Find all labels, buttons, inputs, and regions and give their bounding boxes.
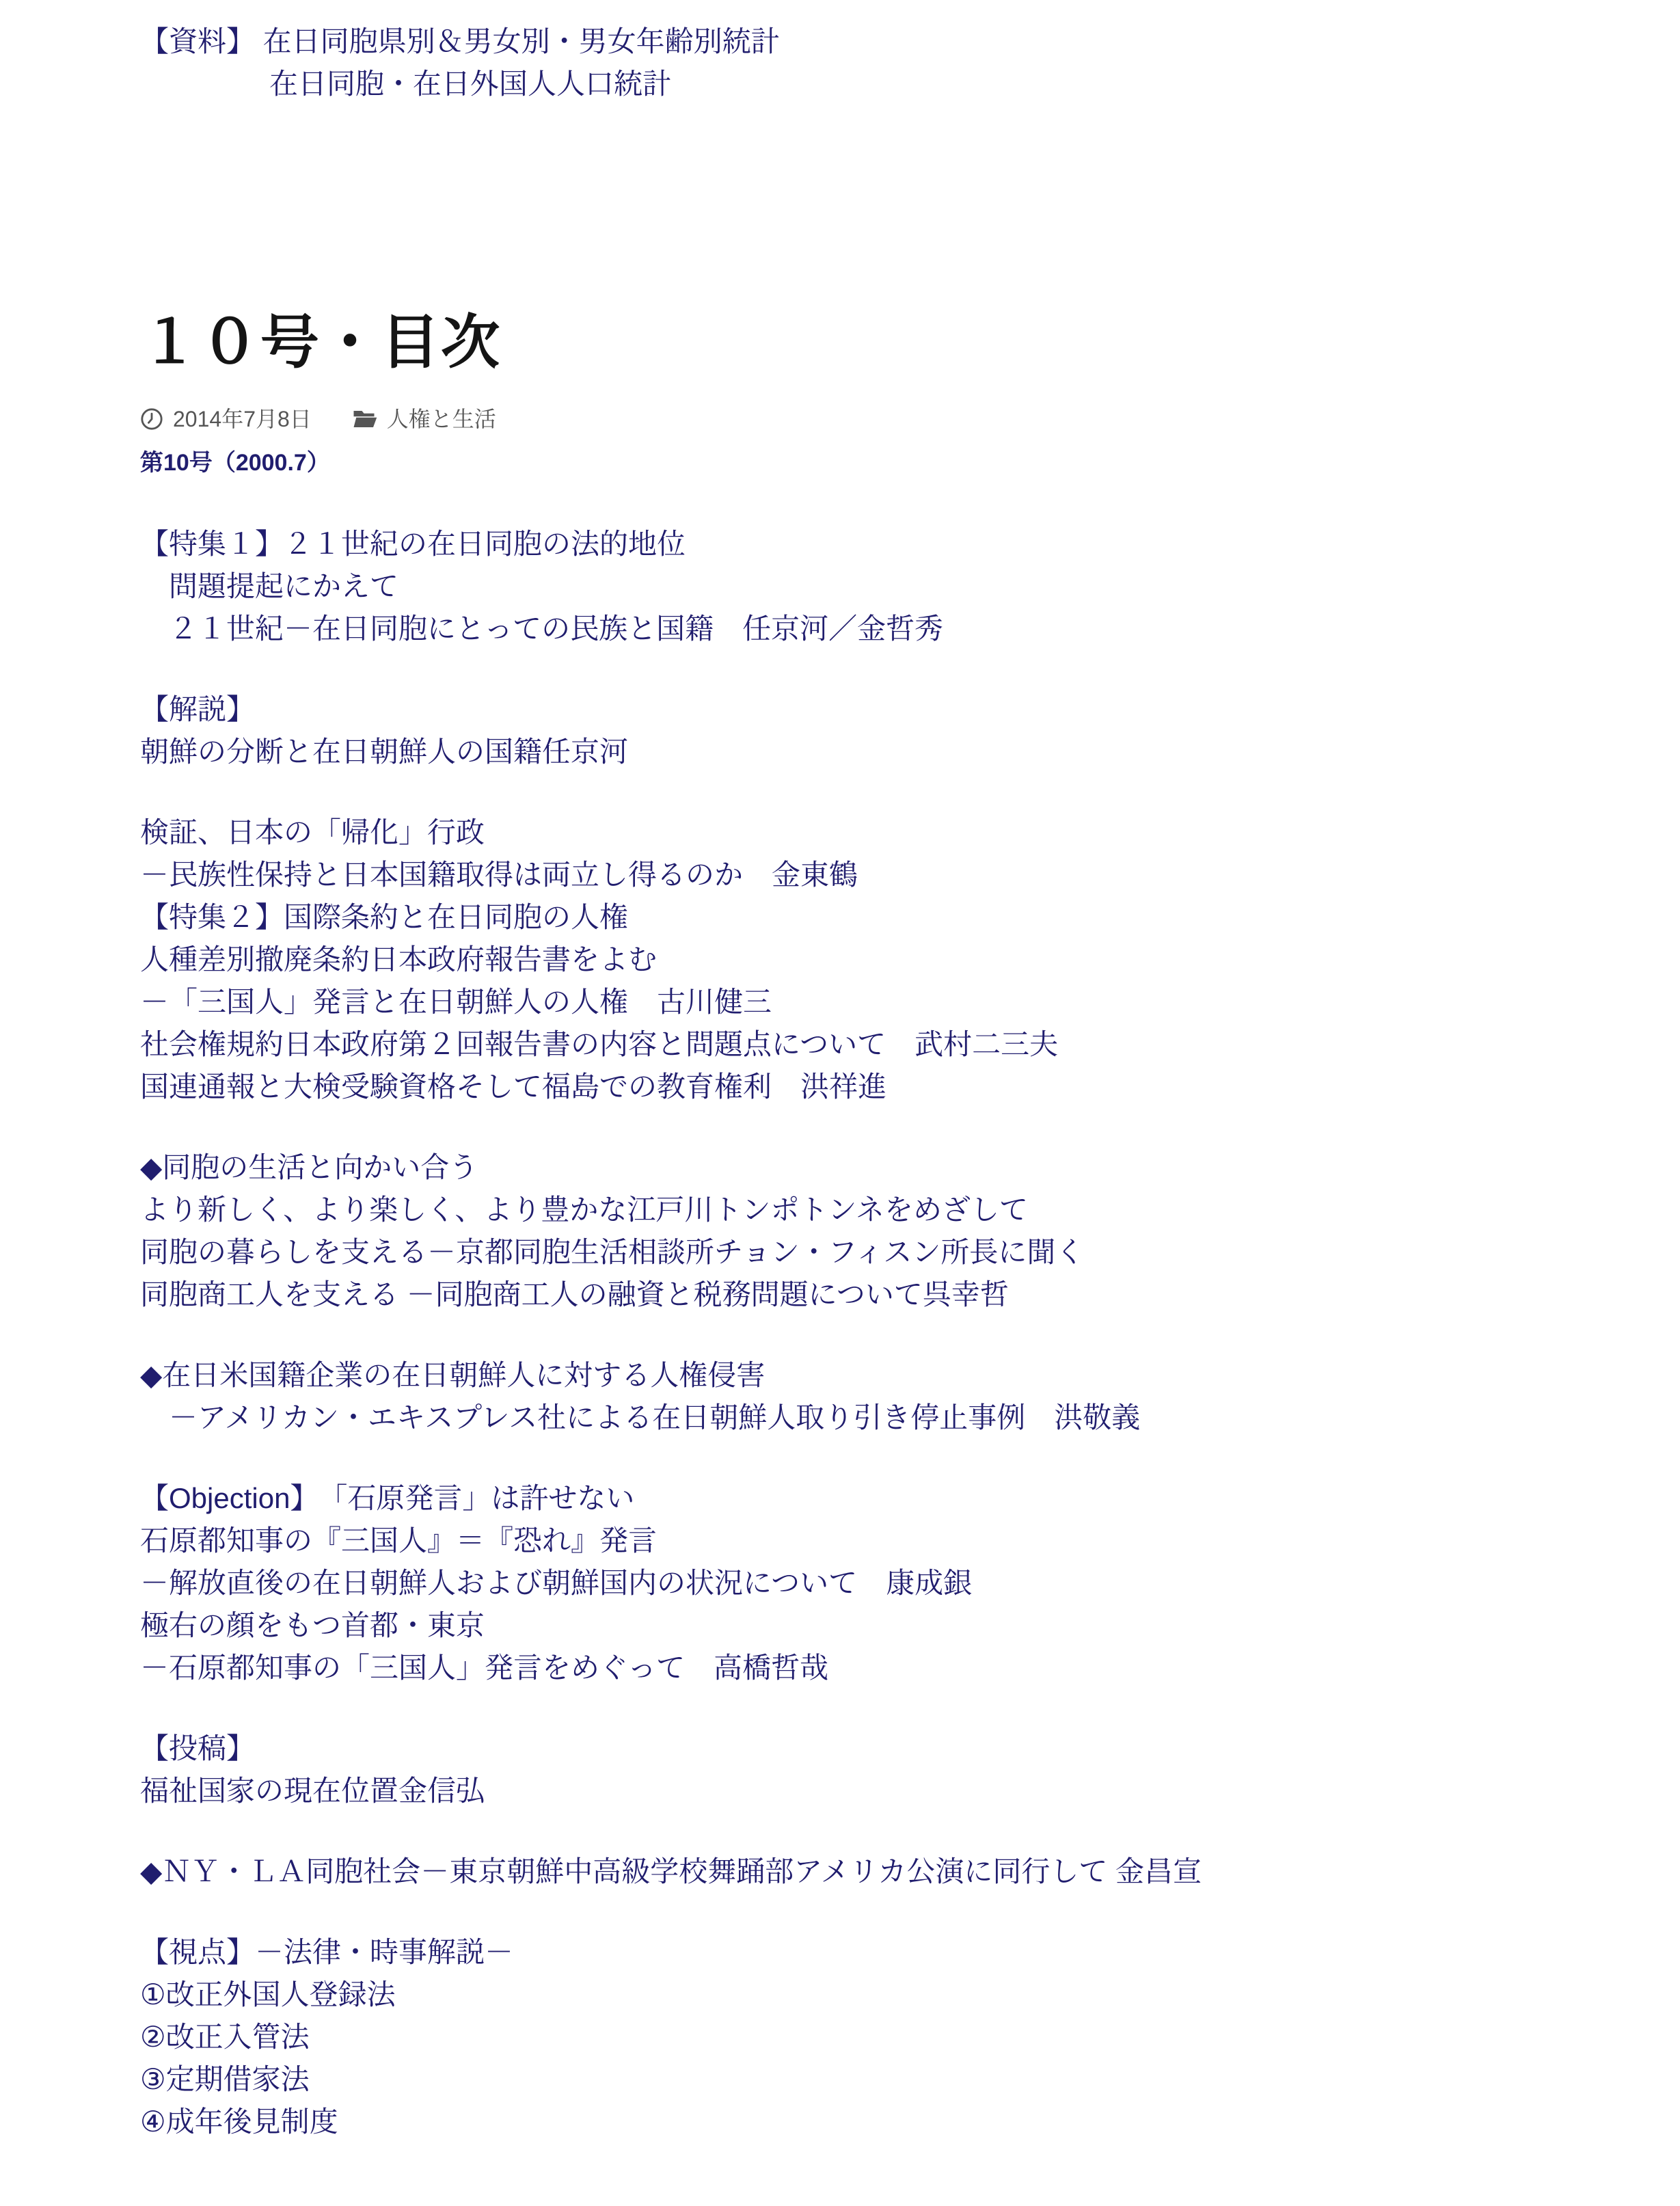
toc-line: －民族性保持と日本国籍取得は両立し得るのか 金東鶴	[140, 859, 858, 891]
toc-line: ①改正外国人登録法	[140, 1978, 396, 2010]
toc-paragraph: ◆ＮＹ・ＬＡ同胞社会－東京朝鮮中高級学校舞踊部アメリカ公演に同行して 金昌宣	[140, 1851, 1598, 1893]
toc-line: －「三国人」発言と在日朝鮮人の人権 古川健三	[140, 986, 772, 1018]
clock-icon	[140, 407, 163, 431]
header-note: 【資料】 在日同胞県別＆男女別・男女年齢別統計 在日同胞・在日外国人人口統計	[140, 21, 1598, 105]
toc-line: 社会権規約日本政府第２回報告書の内容と問題点について 武村二三夫	[140, 1028, 1058, 1060]
toc-line: ◆同胞の生活と向かい合う	[140, 1151, 478, 1183]
toc-paragraph: 【解説】 朝鮮の分断と在日朝鮮人の国籍任京河	[140, 688, 1598, 773]
toc-line: 石原都知事の『三国人』＝『恐れ』発言	[140, 1524, 657, 1557]
header-note-line: 【資料】 在日同胞県別＆男女別・男女年齢別統計	[140, 21, 1598, 63]
toc-line: ◆ＮＹ・ＬＡ同胞社会－東京朝鮮中高級学校舞踊部アメリカ公演に同行して 金昌宣	[140, 1855, 1202, 1887]
toc-paragraph: 【特集１】２１世紀の在日同胞の法的地位 問題提起にかえて ２１世紀－在日同胞にと…	[140, 523, 1598, 650]
toc-paragraph: 【投稿】 福祉国家の現在位置金信弘	[140, 1727, 1598, 1812]
toc-paragraph: ◆在日米国籍企業の在日朝鮮人に対する人権侵害 －アメリカン・エキスプレス社による…	[140, 1354, 1598, 1439]
toc-line: 【投稿】	[140, 1732, 255, 1764]
category-link[interactable]: 人権と生活	[387, 404, 496, 434]
toc-line: －アメリカン・エキスプレス社による在日朝鮮人取り引き停止事例 洪敬義	[140, 1401, 1140, 1434]
toc-line: ◆在日米国籍企業の在日朝鮮人に対する人権侵害	[140, 1359, 765, 1391]
toc-line: ④成年後見制度	[140, 2106, 338, 2138]
toc-line: 検証、日本の「帰化」行政	[140, 816, 485, 848]
toc-line: 【特集１】２１世紀の在日同胞の法的地位	[140, 528, 686, 560]
toc: 【特集１】２１世紀の在日同胞の法的地位 問題提起にかえて ２１世紀－在日同胞にと…	[140, 523, 1598, 2143]
toc-line: ③定期借家法	[140, 2063, 310, 2095]
toc-paragraph: 【視点】－法律・時事解説－ ①改正外国人登録法 ②改正入管法 ③定期借家法 ④成…	[140, 1931, 1598, 2143]
issue-label: 第10号（2000.7）	[140, 446, 1598, 479]
toc-line: 極右の顔をもつ首都・東京	[140, 1609, 485, 1641]
toc-paragraph: 【Objection】 「石原発言」は許せない 石原都知事の『三国人』＝『恐れ』…	[140, 1477, 1598, 1689]
post-meta: 2014年7月8日 人権と生活	[140, 404, 1598, 434]
toc-line: 【視点】－法律・時事解説－	[140, 1936, 513, 1968]
toc-line: ２１世紀－在日同胞にとっての民族と国籍 任京河／金哲秀	[140, 613, 943, 645]
toc-line: －石原都知事の「三国人」発言をめぐって 高橋哲哉	[140, 1652, 828, 1684]
toc-paragraph: 検証、日本の「帰化」行政 －民族性保持と日本国籍取得は両立し得るのか 金東鶴 【…	[140, 811, 1598, 1108]
toc-line: 国連通報と大検受験資格そして福島での教育権利 洪祥進	[140, 1071, 886, 1103]
header-note-line: 在日同胞・在日外国人人口統計	[140, 63, 1598, 105]
toc-line: より新しく、より楽しく、より豊かな江戸川トンポトンネをめざして	[140, 1194, 1028, 1226]
toc-line: 【Objection】 「石原発言」は許せない	[140, 1482, 634, 1514]
toc-line: 人種差別撤廃条約日本政府報告書をよむ	[140, 943, 657, 976]
toc-line: －解放直後の在日朝鮮人および朝鮮国内の状況について 康成銀	[140, 1567, 972, 1599]
toc-paragraph: ◆同胞の生活と向かい合う より新しく、より楽しく、より豊かな江戸川トンポトンネを…	[140, 1146, 1598, 1316]
toc-line: 【解説】	[140, 693, 255, 725]
toc-line: 福祉国家の現在位置金信弘	[140, 1775, 485, 1807]
toc-line: 同胞商工人を支える －同胞商工人の融資と税務問題について呉幸哲	[140, 1278, 1009, 1310]
folder-icon	[353, 409, 377, 429]
toc-line: 問題提起にかえて	[140, 570, 398, 602]
toc-line: 同胞の暮らしを支える－京都同胞生活相談所チョン・フィスン所長に聞く	[140, 1236, 1084, 1268]
toc-line: ②改正入管法	[140, 2021, 310, 2053]
post-category: 人権と生活	[353, 404, 496, 434]
post-date: 2014年7月8日	[173, 404, 312, 434]
page-title: １０号・目次	[140, 310, 1598, 375]
toc-line: 【特集２】国際条約と在日同胞の人権	[140, 901, 628, 933]
toc-line: 朝鮮の分断と在日朝鮮人の国籍任京河	[140, 736, 628, 768]
